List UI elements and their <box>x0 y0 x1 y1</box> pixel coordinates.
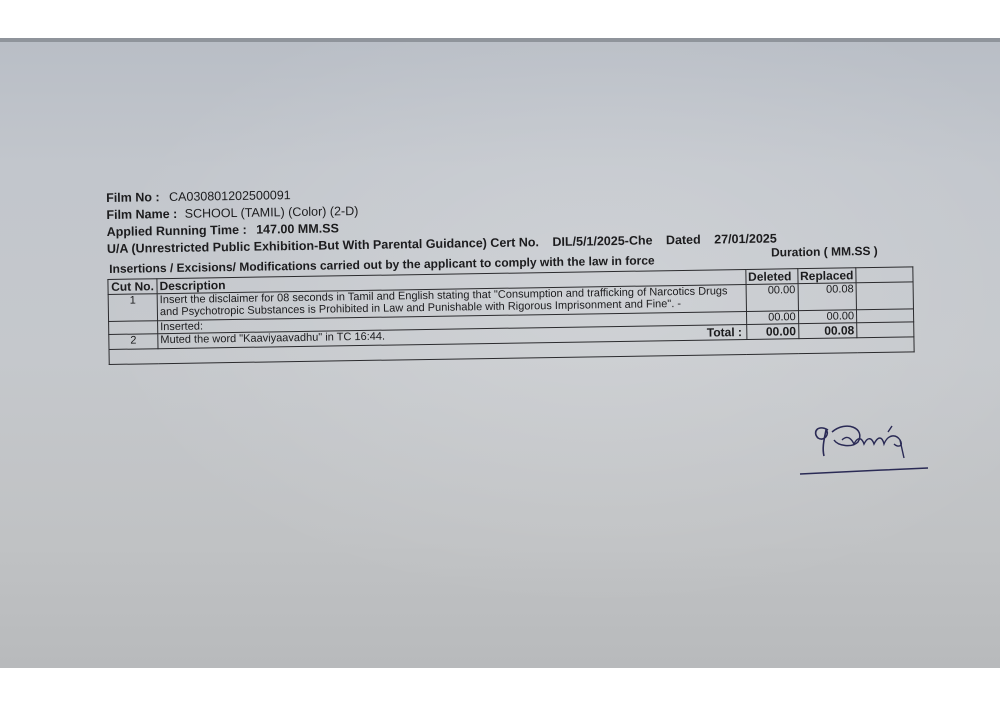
header-deleted: Deleted <box>745 269 797 285</box>
film-name-label: Film Name : <box>106 207 177 222</box>
cell-description-text: Muted the word "Kaaviyaavadhu" in TC 16:… <box>160 331 385 347</box>
dated-value: 27/01/2025 <box>714 231 777 246</box>
total-replaced: 00.08 <box>798 323 857 339</box>
header-cut-no: Cut No. <box>108 279 157 295</box>
header-extra <box>856 267 913 283</box>
dated-label: Dated <box>666 233 701 248</box>
total-deleted: 00.00 <box>746 324 798 340</box>
cell-replaced: 00.08 <box>798 283 857 311</box>
signature-icon <box>796 418 936 480</box>
running-time-value: 147.00 MM.SS <box>256 221 339 236</box>
header-replaced: Replaced <box>797 268 856 284</box>
cell-extra <box>857 322 914 338</box>
cell-cut-no: 1 <box>108 294 157 322</box>
cuts-table: Cut No. Description Deleted Replaced 1 I… <box>107 266 914 365</box>
film-no-label: Film No : <box>106 190 160 205</box>
duration-heading: Duration ( MM.SS ) <box>771 244 878 260</box>
cell-extra <box>856 309 913 323</box>
film-no-value: CA030801202500091 <box>169 188 291 204</box>
cell-deleted: 00.00 <box>746 311 798 325</box>
certificate-document: Film No : CA030801202500091 Film Name : … <box>106 177 919 365</box>
certificate-number: DIL/5/1/2025-Che <box>552 233 652 249</box>
running-time-label: Applied Running Time : <box>107 223 247 239</box>
cell-cut-no: 2 <box>109 334 158 350</box>
cell-replaced: 00.00 <box>798 310 857 324</box>
film-name-value: SCHOOL (TAMIL) (Color) (2-D) <box>185 204 359 221</box>
cell-cut-no <box>109 321 158 335</box>
cell-deleted: 00.00 <box>746 284 798 312</box>
total-label: Total : <box>707 325 742 340</box>
cell-extra <box>856 282 913 310</box>
